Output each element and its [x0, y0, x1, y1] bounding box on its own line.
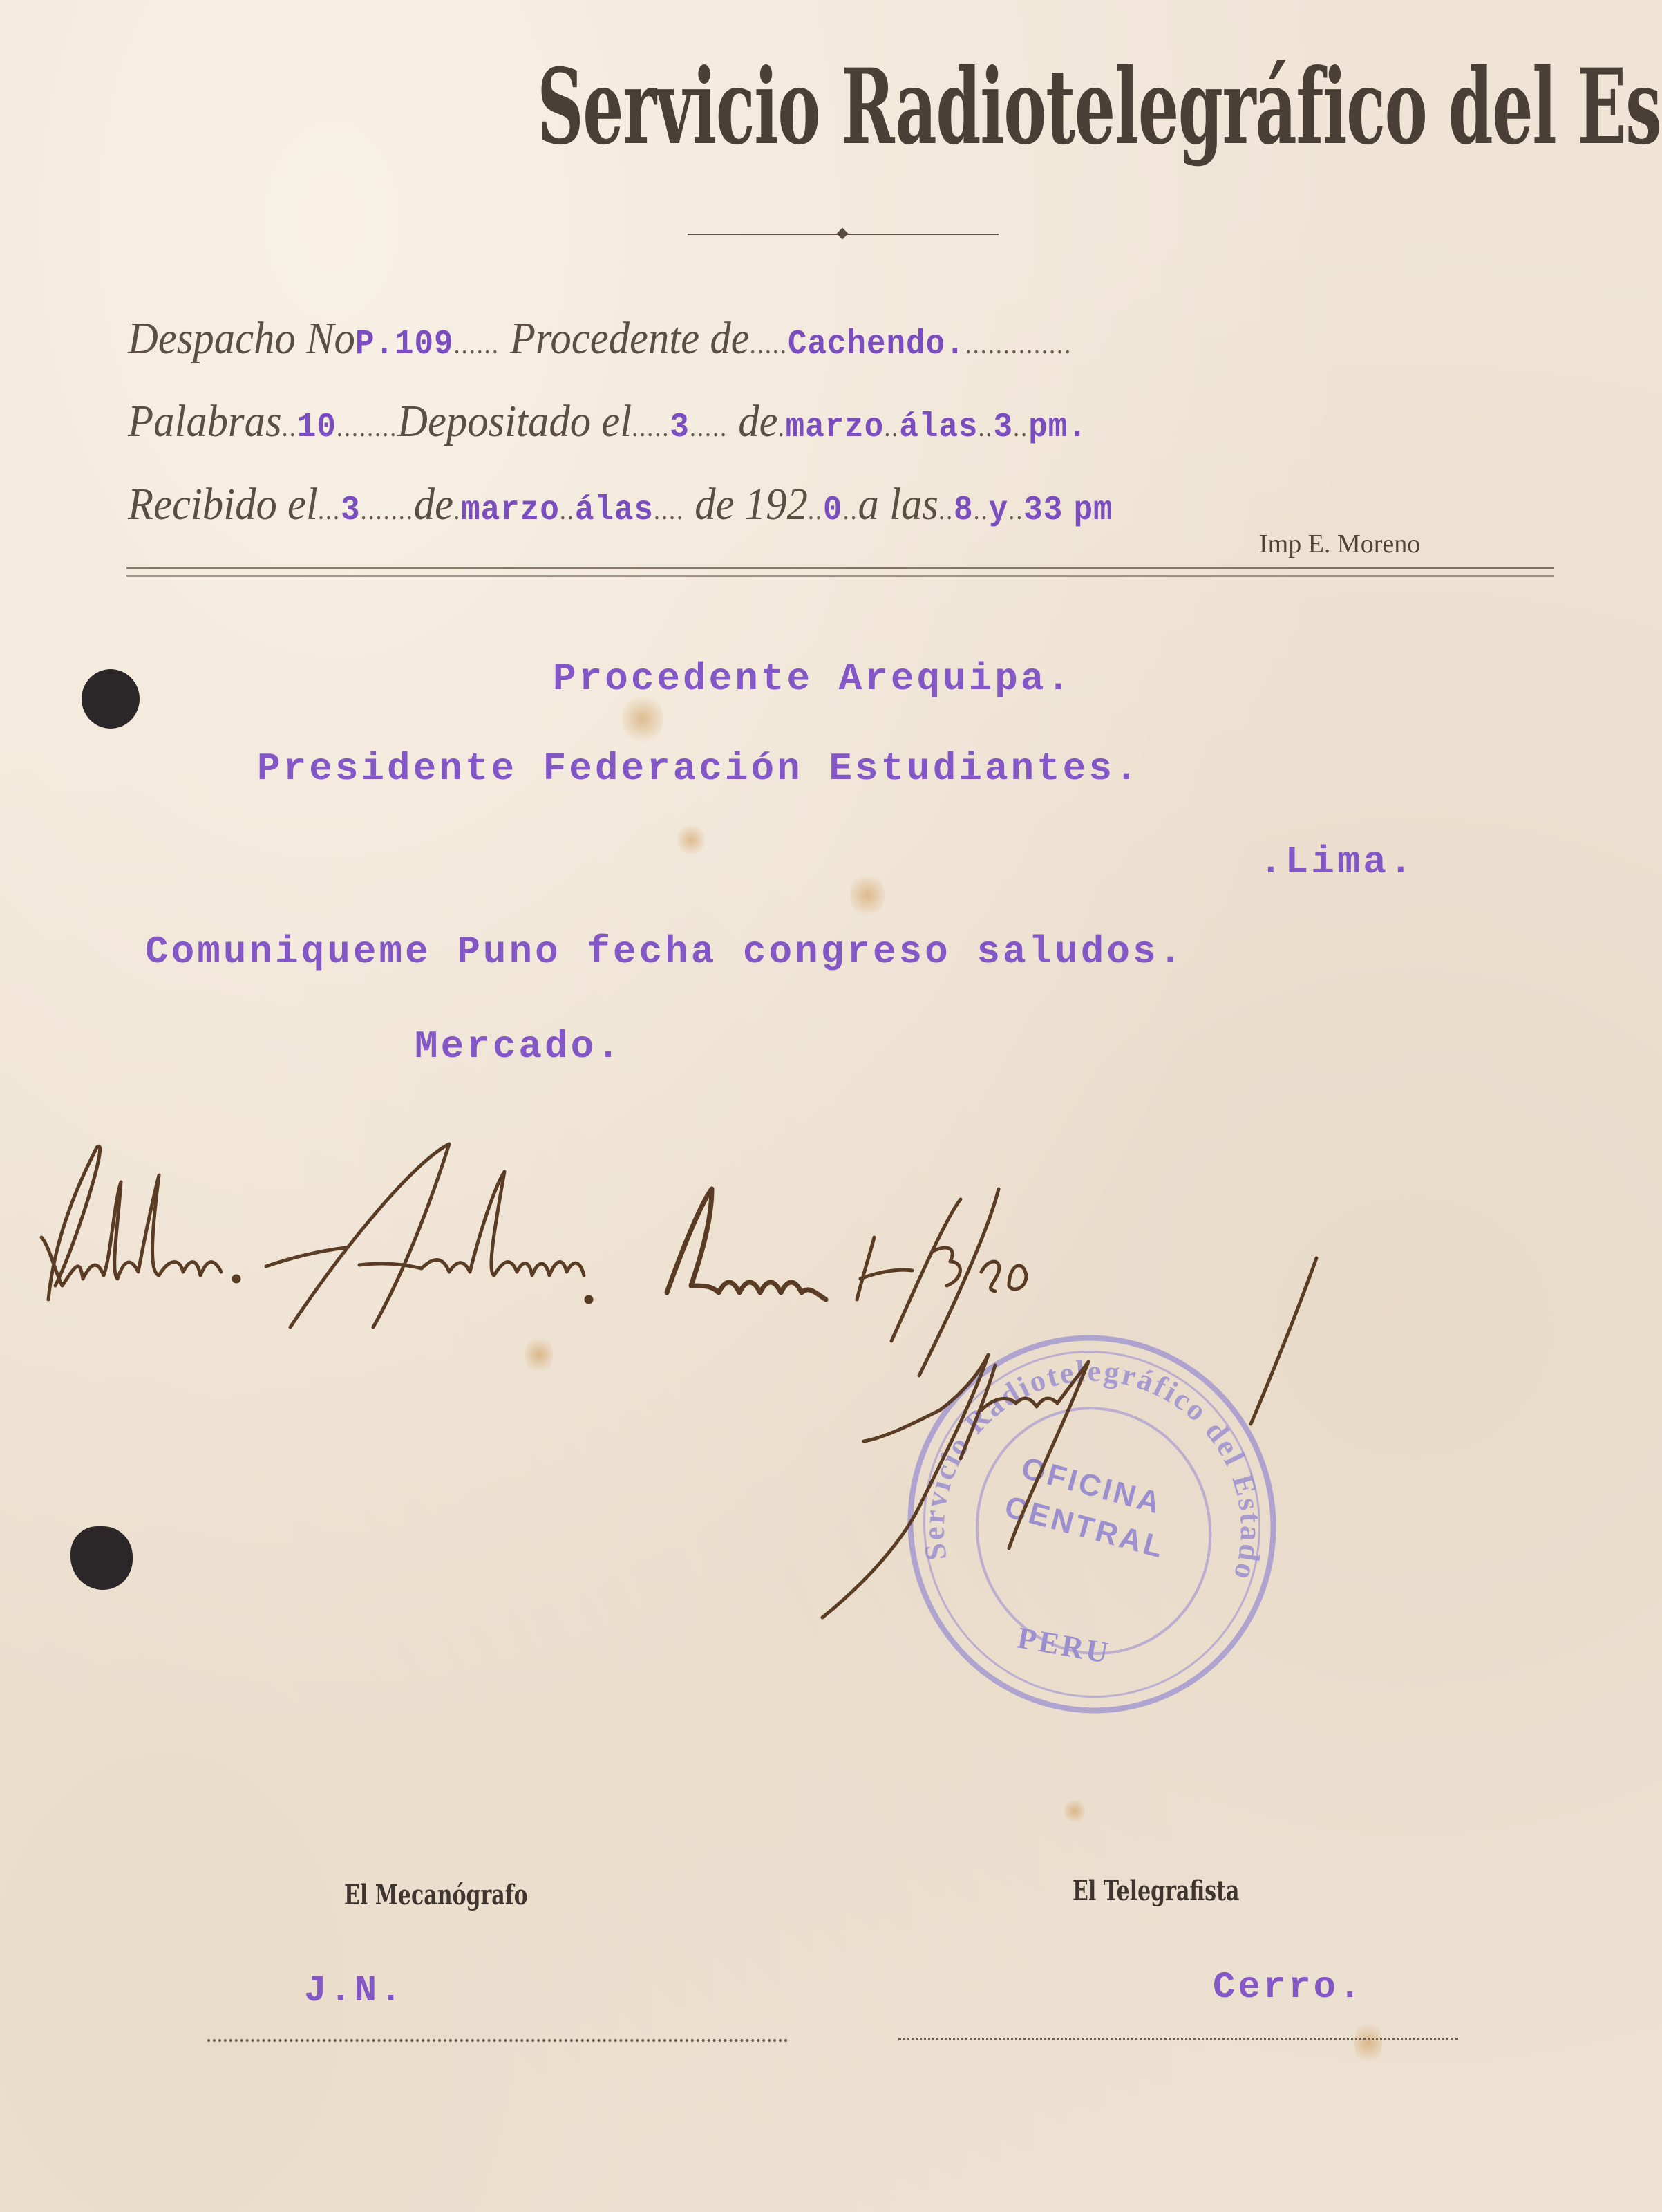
- mecanografo-signature-line: [207, 2039, 788, 2042]
- telegrafista-signature-line: [898, 2038, 1458, 2040]
- title-ornament-diamond: [837, 228, 849, 240]
- recibido-day: 3: [341, 491, 361, 530]
- message-body: Comuniqueme Puno fecha congreso saludos.: [145, 930, 1184, 974]
- header-rule-top: [126, 567, 1554, 569]
- despacho-number: P.109: [355, 325, 454, 364]
- form-row-despacho: Despacho NoP.109...... Procedente de....…: [128, 311, 1072, 373]
- palabras-value: 10: [297, 408, 337, 447]
- depositado-month: marzo: [786, 408, 885, 447]
- procedente-value: Cachendo.: [788, 325, 965, 364]
- recibido-ampm: pm: [1073, 491, 1113, 530]
- document-title: Servicio Radiotelegráfico del Estado: [537, 38, 1162, 176]
- procedente-label: Procedente de: [510, 313, 750, 364]
- recibido-y: y: [989, 491, 1009, 530]
- dotted-fill: ..: [938, 494, 954, 525]
- dotted-fill: .: [778, 411, 786, 442]
- recibido-de: de: [414, 479, 453, 529]
- depositado-day: 3: [670, 408, 690, 447]
- palabras-label: Palabras: [128, 396, 282, 447]
- mecanografo-label: El Mecanógrafo: [344, 1879, 528, 1911]
- dotted-fill: ........: [337, 411, 397, 442]
- dotted-fill: .....: [750, 328, 788, 359]
- mecanografo-value: J.N.: [304, 1970, 405, 2012]
- despacho-label: Despacho No: [128, 313, 355, 364]
- dotted-fill: ..: [560, 494, 575, 525]
- depositado-label: Depositado el: [397, 396, 632, 447]
- dotted-fill: .....: [632, 411, 670, 442]
- dotted-fill: ..: [884, 411, 899, 442]
- dotted-fill: ..: [1008, 494, 1023, 525]
- dotted-fill: ....: [654, 494, 684, 525]
- dotted-fill: .......: [360, 494, 413, 525]
- paper-stain: [677, 823, 705, 857]
- form-row-palabras: Palabras..10........Depositado el.....3.…: [128, 394, 1088, 456]
- dotted-fill: ......: [454, 328, 500, 359]
- recibido-hour: 8: [954, 491, 974, 530]
- depositado-ampm: pm.: [1028, 408, 1088, 447]
- telegrafista-label: El Telegrafista: [1073, 1875, 1239, 1907]
- depositado-de: de: [738, 396, 777, 447]
- paper-stain: [1064, 1797, 1085, 1825]
- paper-stain: [850, 871, 885, 919]
- dotted-fill: .....: [690, 411, 728, 442]
- dotted-fill: ..: [842, 494, 858, 525]
- message-sender: Mercado.: [415, 1024, 623, 1069]
- punch-hole-bottom: [70, 1526, 133, 1590]
- telegrafista-value: Cerro.: [1213, 1967, 1363, 2009]
- printer-imprint: Imp E. Moreno: [1259, 529, 1420, 559]
- dotted-fill: ..: [974, 494, 989, 525]
- recibido-label: Recibido el: [128, 479, 318, 529]
- message-destination: .Lima.: [1259, 840, 1415, 884]
- message-origin: Procedente Arequipa.: [553, 657, 1073, 701]
- official-stamp: Servicio Radiotelegráfico del Estado OFI…: [898, 1331, 1285, 1718]
- dotted-fill: .: [453, 494, 461, 525]
- handwriting-contestese-icon: [41, 1146, 221, 1300]
- header-rule-bottom: [126, 575, 1554, 577]
- recibido-year-digit: 0: [823, 491, 843, 530]
- paper-stain: [525, 1334, 553, 1376]
- dotted-fill: ..............: [965, 328, 1073, 359]
- message-recipient: Presidente Federación Estudiantes.: [257, 747, 1141, 791]
- depositado-alas: álas: [899, 408, 978, 447]
- recibido-month: marzo: [461, 491, 560, 530]
- dotted-fill: ..: [1013, 411, 1028, 442]
- dotted-fill: ...: [318, 494, 341, 525]
- handwriting-lima-icon: [667, 1189, 826, 1300]
- recibido-year-label: de 192: [695, 479, 808, 529]
- dotted-fill: ..: [808, 494, 823, 525]
- dotted-fill: ..: [282, 411, 297, 442]
- recibido-alas: álas: [575, 491, 654, 530]
- depositado-time: 3: [993, 408, 1013, 447]
- dotted-fill: ..: [978, 411, 993, 442]
- form-row-recibido: Recibido el...3.......de.marzo..álas....…: [128, 477, 1113, 538]
- handwriting-archivese-icon: [290, 1144, 584, 1327]
- paper-stain: [1354, 2018, 1382, 2067]
- recibido-minute: 33: [1023, 491, 1063, 530]
- recibido-alas-label: a las: [858, 479, 938, 529]
- handwriting-dash-icon: [266, 1248, 346, 1266]
- punch-hole-top: [82, 669, 140, 729]
